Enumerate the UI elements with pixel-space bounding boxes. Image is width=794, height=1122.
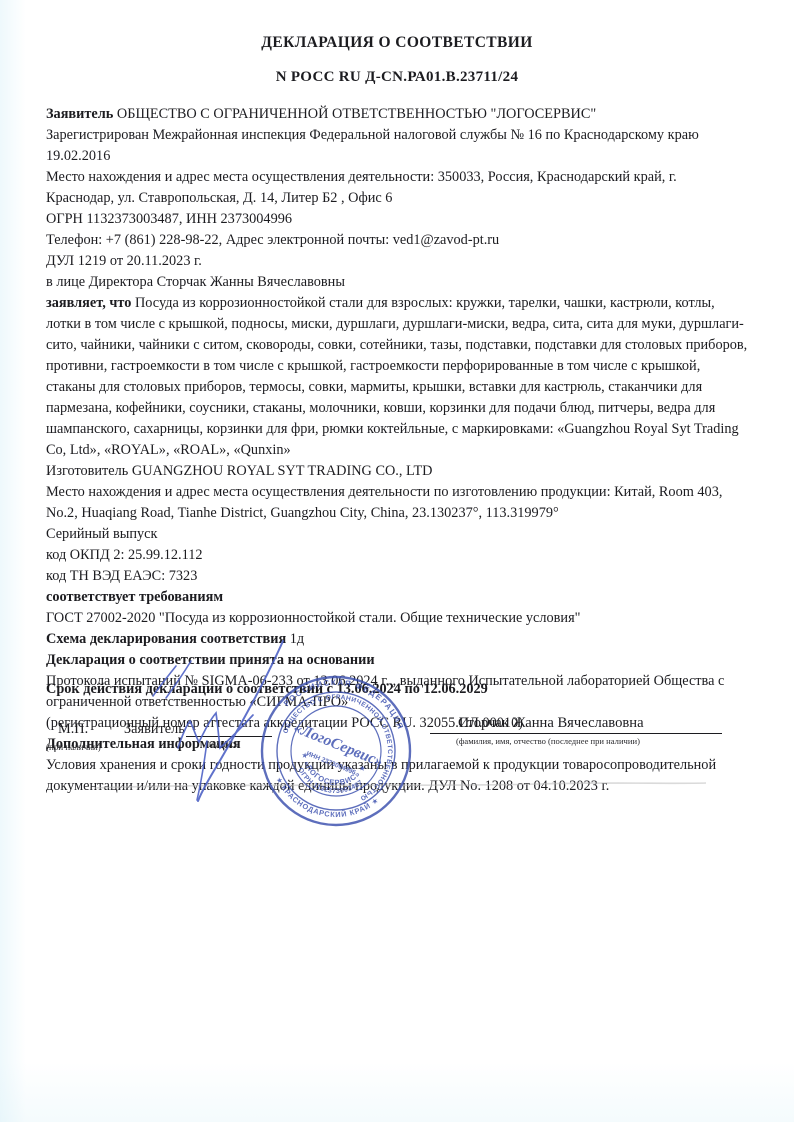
holder-name-caption: (фамилия, имя, отчество (последнее при н… [430, 736, 722, 746]
doc-paragraph: код ОКПД 2: 25.99.12.112 [46, 545, 748, 566]
doc-paragraph: заявляет, что Посуда из коррозионностойк… [46, 293, 748, 461]
doc-paragraph: Изготовитель GUANGZHOU ROYAL SYT TRADING… [46, 461, 748, 482]
holder-name-area: Сторчак Жанна Вячеславовна (фамилия, имя… [430, 713, 722, 746]
doc-paragraph: в лице Директора Сторчак Жанны Вячеславо… [46, 272, 748, 293]
stamp-place-label: М.П. [58, 721, 88, 738]
doc-paragraph: ОГРН 1132373003487, ИНН 2373004996 [46, 209, 748, 230]
doc-paragraph: Зарегистрирован Межрайонная инспекция Фе… [46, 125, 748, 167]
holder-name: Сторчак Жанна Вячеславовна [430, 713, 722, 732]
signature-caption: подпись [206, 740, 239, 750]
doc-paragraph: Серийный выпуск [46, 524, 748, 545]
stamp-place-note: (при наличии) [46, 742, 101, 752]
holder-name-line [430, 733, 722, 734]
validity-period: Срок действия декларации о соответствии … [46, 681, 748, 698]
doc-paragraph: Декларация о соответствии принята на осн… [46, 650, 748, 671]
doc-paragraph: ГОСТ 27002-2020 "Посуда из коррозионност… [46, 608, 748, 629]
declaration-document: ДЕКЛАРАЦИЯ О СООТВЕТСТВИИ N РОСС RU Д-CN… [0, 0, 794, 1122]
declaration-number: N РОСС RU Д-CN.РА01.В.23711/24 [0, 69, 794, 86]
doc-paragraph: код ТН ВЭД ЕАЭС: 7323 [46, 566, 748, 587]
doc-paragraph: Телефон: +7 (861) 228-98-22, Адрес элект… [46, 230, 748, 251]
doc-paragraph: соответствует требованиям [46, 587, 748, 608]
signature-line [186, 736, 272, 737]
signature-block: М.П. (при наличии) Заявитель подпись Сто… [0, 713, 794, 803]
document-title: ДЕКЛАРАЦИЯ О СООТВЕТСТВИИ [0, 34, 794, 52]
doc-paragraph: ДУЛ 1219 от 20.11.2023 г. [46, 251, 748, 272]
doc-paragraph: Схема декларирования соответствия 1д [46, 629, 748, 650]
applicant-label: Заявитель [124, 721, 185, 738]
doc-paragraph: Место нахождения и адрес места осуществл… [46, 482, 748, 524]
doc-paragraph: Место нахождения и адрес места осуществл… [46, 167, 748, 209]
doc-paragraph: Заявитель ОБЩЕСТВО С ОГРАНИЧЕННОЙ ОТВЕТС… [46, 104, 748, 125]
